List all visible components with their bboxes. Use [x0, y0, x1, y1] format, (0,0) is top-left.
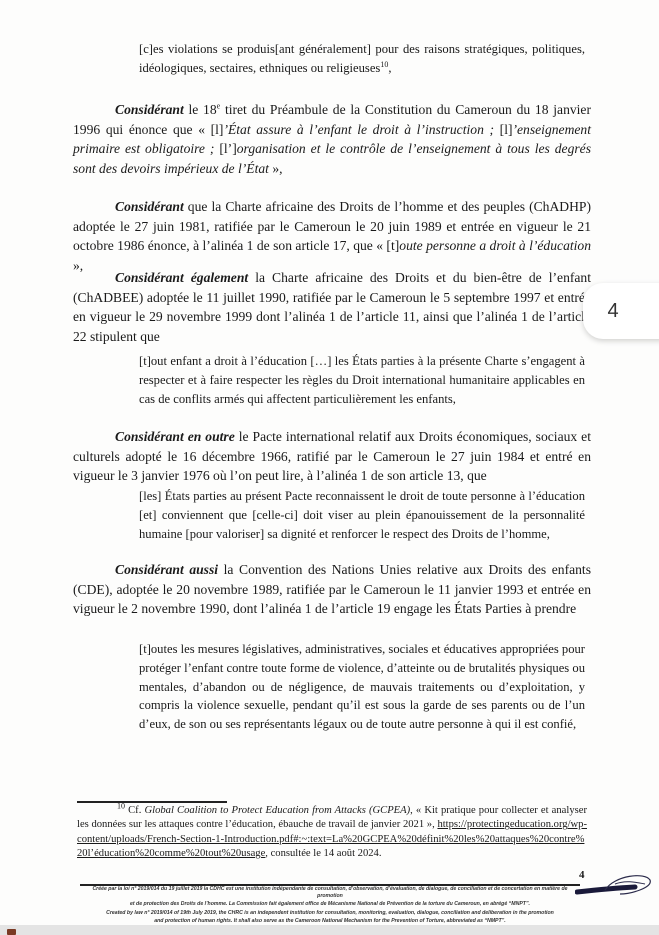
para-text: », [269, 161, 283, 176]
paragraph-pidesc: Considérant en outre le Pacte internatio… [73, 427, 591, 486]
footnote-separator [77, 801, 227, 803]
app-icon[interactable] [7, 929, 16, 935]
paragraph-chadbee: Considérant également la Charte africain… [73, 268, 591, 346]
footnote-source: Global Coalition to Protect Education fr… [144, 805, 410, 816]
para-italic: ’État assure à l’enfant le droit à l’ins… [223, 122, 494, 137]
block-quote-3: [les] États parties au présent Pacte rec… [139, 487, 585, 543]
institution-footer: Créée par la loi n° 2019/014 du 19 juill… [80, 886, 580, 925]
footer-line-en-2: and protection of human rights. It shall… [80, 918, 580, 925]
block-quote-2: [t]out enfant a droit à l’éducation […] … [139, 352, 585, 408]
viewer-bottom-bar [0, 925, 659, 935]
para-text: [l] [494, 122, 512, 137]
page-indicator-badge[interactable]: 4 [583, 283, 659, 339]
block-quote-4: [t]outes les mesures législatives, admin… [139, 640, 585, 734]
footnote-text: , consultée le 14 août 2024. [265, 848, 381, 859]
considerant-lead: Considérant aussi [115, 562, 218, 577]
footer-line-fr-1: Créée par la loi n° 2019/014 du 19 juill… [80, 886, 580, 901]
quote-text: [c]es violations se produis[ant générale… [139, 42, 585, 75]
quote-tail: , [388, 61, 391, 75]
para-italic: oute personne a droit à l’éducation [399, 238, 591, 253]
page-indicator-number: 4 [607, 300, 618, 323]
paragraph-cde: Considérant aussi la Convention des Nati… [73, 560, 591, 619]
paragraph-constitution: Considérant le 18e tiret du Préambule de… [73, 100, 591, 178]
footnote-cf: Cf. [125, 805, 144, 816]
footnote-10: 10 Cf. Global Coalition to Protect Educa… [77, 804, 587, 862]
para-text: le 18 [184, 102, 217, 117]
para-text: [l’] [214, 141, 236, 156]
footer-line-fr-2: et de protection des Droits de l’homme. … [80, 901, 580, 908]
document-page: [c]es violations se produis[ant générale… [0, 0, 659, 925]
block-quote-1: [c]es violations se produis[ant générale… [139, 40, 585, 78]
considerant-lead: Considérant [115, 102, 184, 117]
considerant-lead: Considérant [115, 199, 184, 214]
footnote-number: 10 [117, 801, 125, 810]
paragraph-chadhp: Considérant que la Charte africaine des … [73, 197, 591, 275]
signature-icon [575, 870, 655, 900]
footer-line-en-1: Created by law n° 2019/014 of 19th July … [80, 910, 580, 917]
considerant-lead: Considérant en outre [115, 429, 235, 444]
considerant-lead: Considérant également [115, 270, 248, 285]
